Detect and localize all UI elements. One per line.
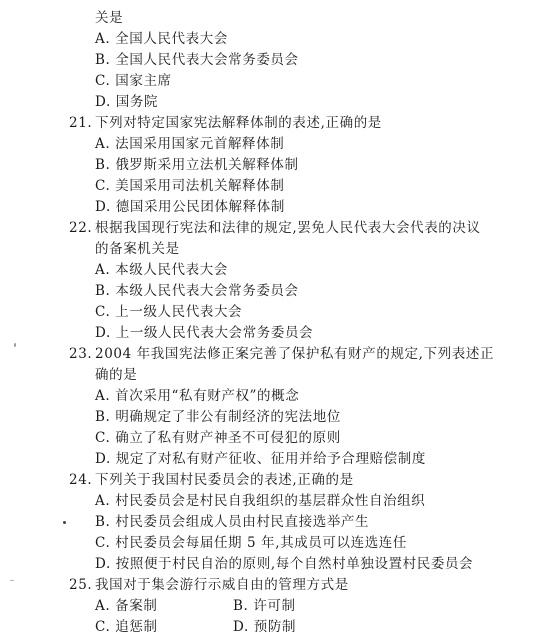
question-number: 24. <box>69 471 92 489</box>
option-d: D. 上一级人民代表大会常务委员会 <box>95 324 313 342</box>
question-stem: 我国对于集会游行示威自由的管理方式是 <box>95 576 349 594</box>
option-c: C. 追惩制 <box>95 618 158 632</box>
option-d: D. 规定了对私有财产征收、征用并给予合理赔偿制度 <box>95 450 426 468</box>
option-a: A. 首次采用“私有财产权”的概念 <box>95 387 299 405</box>
exam-page: 关是 A. 全国人民代表大会 B. 全国人民代表大会常务委员会 C. 国家主席 … <box>0 0 550 632</box>
option-a: A. 全国人民代表大会 <box>95 30 228 48</box>
question-stem: 下列关于我国村民委员会的表述,正确的是 <box>95 471 354 489</box>
question-number: 25. <box>69 576 92 594</box>
question-stem-continued: 的备案机关是 <box>95 240 180 258</box>
scan-speck <box>10 580 14 581</box>
option-d: D. 德国采用公民团体解释体制 <box>95 198 285 216</box>
scan-speck <box>14 343 16 347</box>
question-number: 23. <box>69 345 92 363</box>
option-a: A. 备案制 <box>95 597 157 615</box>
option-c: C. 村民委员会每届任期 5 年,其成员可以连选连任 <box>95 534 407 552</box>
option-b: B. 明确规定了非公有制经济的宪法地位 <box>95 408 341 426</box>
option-b: B. 全国人民代表大会常务委员会 <box>95 51 299 69</box>
option-b: B. 本级人民代表大会常务委员会 <box>95 282 299 300</box>
option-c: C. 美国采用司法机关解释体制 <box>95 177 284 195</box>
question-continuation: 关是 <box>95 9 123 27</box>
option-c: C. 确立了私有财产神圣不可侵犯的原则 <box>95 429 341 447</box>
option-d: D. 国务院 <box>95 93 158 111</box>
question-number: 22. <box>69 219 92 237</box>
option-a: A. 村民委员会是村民自我组织的基层群众性自治组织 <box>95 492 425 510</box>
option-a: A. 法国采用国家元首解释体制 <box>95 135 284 153</box>
question-number: 21. <box>69 114 92 132</box>
question-stem: 下列对特定国家宪法解释体制的表述,正确的是 <box>95 114 382 132</box>
option-a: A. 本级人民代表大会 <box>95 261 228 279</box>
question-stem: 根据我国现行宪法和法律的规定,罢免人民代表大会代表的决议 <box>95 219 481 237</box>
question-stem: 2004 年我国宪法修正案完善了保护私有财产的规定,下列表述正 <box>95 345 494 363</box>
scan-speck <box>63 521 66 524</box>
option-d: D. 按照便于村民自治的原则,每个自然村单独设置村民委员会 <box>95 555 473 573</box>
option-b: B. 许可制 <box>233 597 296 615</box>
option-b: B. 俄罗斯采用立法机关解释体制 <box>95 156 299 174</box>
option-c: C. 上一级人民代表大会 <box>95 303 242 321</box>
option-d: D. 预防制 <box>233 618 296 632</box>
option-c: C. 国家主席 <box>95 72 172 90</box>
question-stem-continued: 确的是 <box>95 366 137 384</box>
option-b: B. 村民委员会组成人员由村民直接选举产生 <box>95 513 369 531</box>
